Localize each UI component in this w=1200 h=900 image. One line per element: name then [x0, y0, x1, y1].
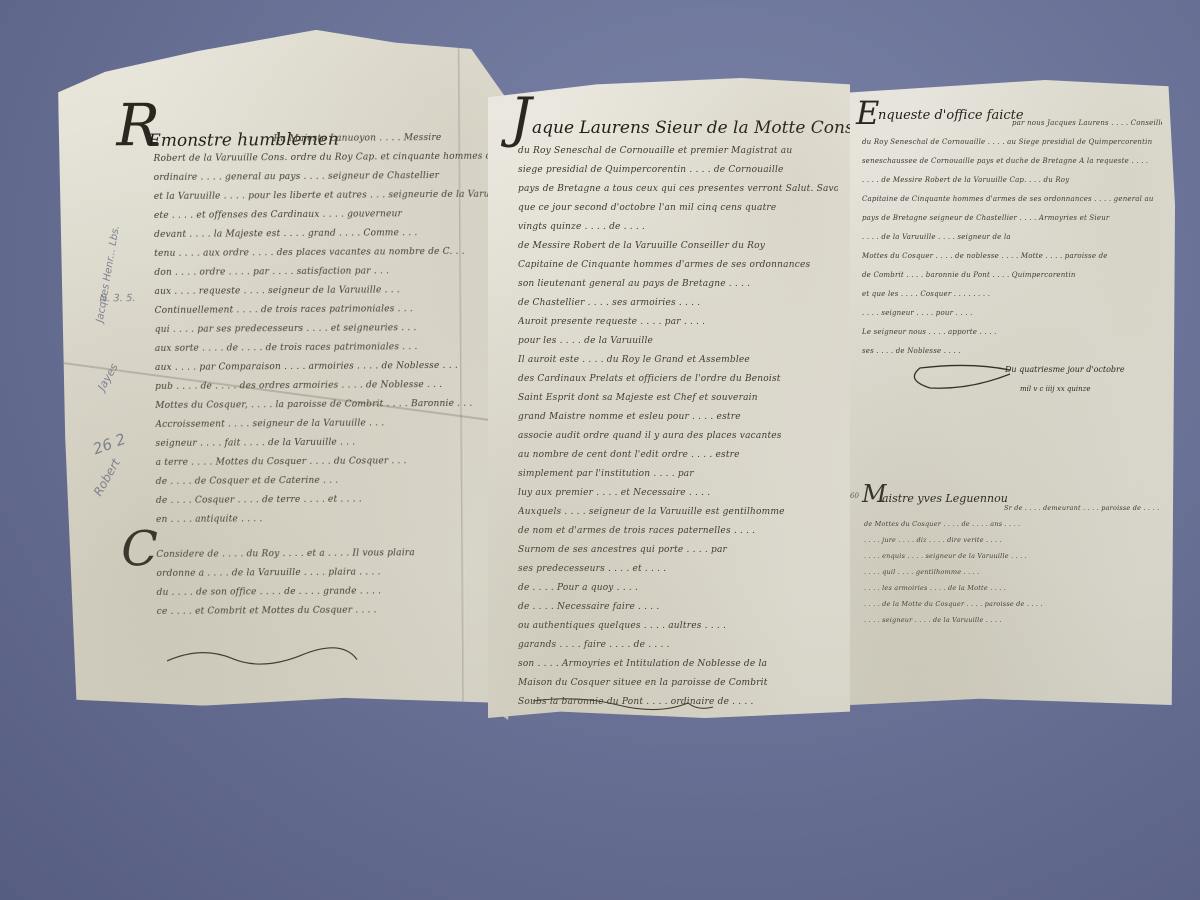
text-line: du Roy Seneschal de Cornouaille . . . . …: [862, 133, 1162, 152]
text-line: . . . . de la Motte du Cosquer . . . . p…: [864, 596, 1164, 612]
text-line: . . . . les armoiries . . . . de la Mott…: [864, 580, 1164, 596]
text-line: simplement par l'institution . . . . par: [518, 465, 838, 484]
text-line: de Combrit . . . . baronnie du Pont . . …: [862, 266, 1162, 285]
margin-note: 60: [850, 492, 859, 500]
closing-flourish: [528, 693, 728, 718]
text-line: que ce jour second d'octobre l'an mil ci…: [518, 199, 838, 218]
text-line: des Cardinaux Prelats et officiers de l'…: [518, 370, 838, 389]
text-line: Le seigneur nous . . . . apporte . . . .: [862, 323, 1162, 342]
pencil-note: 26 2: [91, 430, 129, 459]
text-line: de . . . . Necessaire faire . . . .: [518, 598, 838, 617]
text-line: de Messire Robert de la Varuuille Consei…: [518, 237, 838, 256]
text-line: de Mottes du Cosquer . . . . de . . . . …: [864, 516, 1164, 532]
text-line: . . . . enquis . . . . seigneur de la Va…: [864, 548, 1164, 564]
date-line: Du quatriesme jour d'octobre: [1005, 365, 1125, 374]
text-line: ou authentiques quelques . . . . aultres…: [518, 617, 838, 636]
text-line: a terre . . . . Mottes du Cosquer . . . …: [156, 451, 526, 473]
text-line: pays de Bretagne seigneur de Chastellier…: [862, 209, 1162, 228]
text-line: pub . . . . de . . . . des ordres armoir…: [155, 375, 525, 397]
text-line: ses . . . . de Noblesse . . . .: [862, 342, 1162, 361]
text-line: luy aux premier . . . . et Necessaire . …: [518, 484, 838, 503]
text-line: vingts quinze . . . . de . . . .: [518, 218, 838, 237]
text-line: et que les . . . . Cosquer . . . . . . .…: [862, 285, 1162, 304]
text-line: grand Maistre nomme et esleu pour . . . …: [518, 408, 838, 427]
text-line: Accroissement . . . . seigneur de la Var…: [155, 413, 525, 435]
text-line: Surnom de ses ancestres qui porte . . . …: [518, 541, 838, 560]
text-line: du Roy Seneschal de Cornouaille et premi…: [518, 142, 838, 161]
text-line: siege presidial de Quimpercorentin . . .…: [518, 161, 838, 180]
text-line: . . . . de Messire Robert de la Varuuill…: [862, 171, 1162, 190]
text-line: . . . . seigneur . . . . de la Varuuille…: [864, 612, 1164, 628]
pencil-note: Jacques Henr... Lbs.: [95, 225, 122, 323]
text-line: de nom et d'armes de trois races paterne…: [518, 522, 838, 541]
text-line: Il auroit este . . . . du Roy le Grand e…: [518, 351, 838, 370]
text-line: ordinaire . . . . general au pays . . . …: [154, 166, 524, 188]
text-line: Sr de . . . . demeurant . . . . paroisse…: [864, 500, 1164, 516]
text-line: qui . . . . par ses predecesseurs . . . …: [155, 318, 525, 340]
text-line: seneschaussee de Cornouaille pays et duc…: [862, 152, 1162, 171]
manuscript-page-middle: J aque Laurens Sieur de la Motte Conseil…: [488, 78, 850, 718]
ornate-initial: C: [121, 521, 158, 577]
text-line: don . . . . ordre . . . . par . . . . sa…: [154, 261, 524, 283]
text-line: du . . . . de son office . . . . de . . …: [157, 581, 517, 603]
witness-deposition: Sr de . . . . demeurant . . . . paroisse…: [864, 500, 1164, 628]
text-line: pays de Bretagne a tous ceux qui ces pre…: [518, 180, 838, 199]
text-line: Considere de . . . . du Roy . . . . et a…: [156, 543, 516, 565]
text-line: de . . . . Pour a quoy . . . .: [518, 579, 838, 598]
text-line: Auxquels . . . . seigneur de la Varuuill…: [518, 503, 838, 522]
text-line: Robert de la Varuuille Cons. ordre du Ro…: [153, 147, 523, 169]
text-line: garands . . . . faire . . . . de . . . .: [518, 636, 838, 655]
text-line: ete . . . . et offenses des Cardinaux . …: [154, 204, 524, 226]
manuscript-conclusion: Considere de . . . . du Roy . . . . et a…: [156, 543, 517, 622]
text-line: et la Varuuille . . . . pour les liberte…: [154, 185, 524, 207]
manuscript-body: par nous Jacques Laurens . . . . Conseil…: [862, 114, 1162, 361]
text-line: Auroit presente requeste . . . . par . .…: [518, 313, 838, 332]
text-line: tenu . . . . aux ordre . . . . des place…: [154, 242, 524, 264]
date-flourish: [910, 360, 1020, 400]
text-line: pour les . . . . de la Varuuille: [518, 332, 838, 351]
text-line: Capitaine de Cinquante hommes d'armes de…: [518, 256, 838, 275]
manuscript-page-right: E nqueste d'office faicte par nous Jacqu…: [850, 80, 1175, 705]
text-line: Saint Esprit dont sa Majeste est Chef et…: [518, 389, 838, 408]
text-line: . . . . quil . . . . gentilhomme . . . .: [864, 564, 1164, 580]
manuscript-body: du Roy Seneschal de Cornouaille et premi…: [518, 142, 838, 712]
text-line: son . . . . Armoyries et Intitulation de…: [518, 655, 838, 674]
text-line: seigneur . . . . fait . . . . de la Varu…: [155, 432, 525, 454]
text-line: devant . . . . la Majeste est . . . . gr…: [154, 223, 524, 245]
text-line: de . . . . Cosquer . . . . de terre . . …: [156, 489, 526, 511]
page-heading: aque Laurens Sieur de la Motte Conseille…: [532, 118, 850, 138]
manuscript-body: Ra Majeste Lanuoyon . . . . Messire Robe…: [153, 128, 526, 530]
text-line: au nombre de cent dont l'edit ordre . . …: [518, 446, 838, 465]
signature-flourish: [162, 640, 362, 671]
text-line: Mottes du Cosquer, . . . . la paroisse d…: [155, 394, 525, 416]
text-line: aux sorte . . . . de . . . . de trois ra…: [155, 337, 525, 359]
text-line: Mottes du Cosquer . . . . de noblesse . …: [862, 247, 1162, 266]
manuscript-page-left: R Emonstre humblemen Ra Majeste Lanuoyon…: [58, 28, 533, 706]
text-line: son lieutenant general au pays de Bretag…: [518, 275, 838, 294]
text-line: Maison du Cosquer situee en la paroisse …: [518, 674, 838, 693]
text-line: aux . . . . requeste . . . . seigneur de…: [154, 280, 524, 302]
pencil-note: N. 3. 5.: [99, 293, 135, 304]
text-line: associe audit ordre quand il y aura des …: [518, 427, 838, 446]
text-line: par nous Jacques Laurens . . . . Conseil…: [862, 114, 1162, 133]
text-line: en . . . . antiquite . . . .: [156, 508, 526, 530]
text-line: aux . . . . par Comparaison . . . . armo…: [155, 356, 525, 378]
text-line: Continuellement . . . . de trois races p…: [155, 299, 525, 321]
date-line-year: mil v c iiij xx quinze: [1020, 385, 1090, 393]
text-line: . . . . de la Varuuille . . . . seigneur…: [862, 228, 1162, 247]
text-line: ordonne a . . . . de la Varuuille . . . …: [156, 562, 516, 584]
text-line: Ra Majeste Lanuoyon . . . . Messire: [153, 128, 523, 150]
pencil-note: Robert: [91, 456, 123, 498]
text-line: ses predecesseurs . . . . et . . . .: [518, 560, 838, 579]
text-line: ce . . . . et Combrit et Mottes du Cosqu…: [157, 600, 517, 622]
text-line: Capitaine de Cinquante hommes d'armes de…: [862, 190, 1162, 209]
text-line: de Chastellier . . . . ses armoiries . .…: [518, 294, 838, 313]
ornate-initial: J: [510, 86, 532, 149]
text-line: . . . . seigneur . . . . pour . . . .: [862, 304, 1162, 323]
text-line: . . . . jure . . . . diz . . . . dire ve…: [864, 532, 1164, 548]
text-line: de . . . . de Cosquer et de Caterine . .…: [156, 470, 526, 492]
